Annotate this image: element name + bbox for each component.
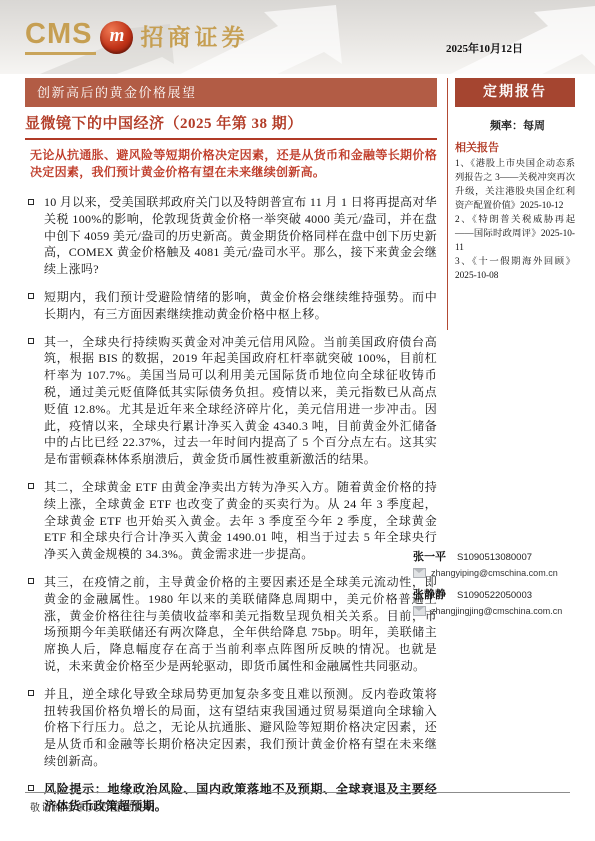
title-divider	[25, 138, 437, 140]
series-title-banner: 创新高后的黄金价格展望	[25, 78, 437, 107]
bullet-paragraph: 并且，逆全球化导致全球局势更加复杂多变且难以预测。反内卷政策将扭转我国价格负增长…	[25, 686, 437, 770]
footer-divider	[25, 792, 570, 793]
brand-name: 招商证券	[140, 26, 248, 49]
bullet-text: 其三，在疫情之前，主导黄金价格的主要因素还是全球美元流动性，即黄金的金融属性。1…	[44, 575, 437, 673]
square-bullet-icon	[28, 578, 34, 584]
report-date: 2025年10月12日	[446, 40, 523, 56]
bullet-paragraph: 10 月以来，受美国联邦政府关门以及特朗普宣布 11 月 1 日将再提高对华关税…	[25, 194, 437, 278]
bullet-paragraph: 其二，全球黄金 ETF 由黄金净卖出方转为净买入方。随着黄金价格的持续上涨，全球…	[25, 479, 437, 563]
envelope-icon	[413, 568, 426, 578]
bullet-paragraph: 其一，全球央行持续购买黄金对冲美元信用风险。当前美国政府债台高筑，根据 BIS …	[25, 334, 437, 468]
sidebar-divider	[447, 78, 448, 330]
envelope-icon	[413, 606, 426, 616]
footer-disclaimer: 敬请阅读末页的重要说明	[30, 799, 157, 814]
related-reports-list: 1、《港股上市央国企动态系列报告之 3——关税冲突再次升级，关注港股央国企红利资…	[455, 157, 575, 283]
cms-logo: CMS m 招商证券	[25, 20, 248, 55]
square-bullet-icon	[28, 785, 34, 791]
square-bullet-icon	[28, 293, 34, 299]
analyst-name: 张一平	[413, 548, 446, 564]
summary-paragraph: 无论从抗通胀、避风险等短期价格决定因素，还是从货币和金融等长期价格决定因素，我们…	[25, 147, 437, 181]
cms-badge-letter: m	[110, 25, 125, 47]
cms-badge-icon: m	[100, 21, 133, 54]
analyst-name: 张静静	[413, 586, 446, 602]
square-bullet-icon	[28, 338, 34, 344]
report-title: 显微镜下的中国经济（2025 年第 38 期）	[25, 112, 437, 133]
analyst-row: 张静静 S1090522050003	[413, 586, 578, 602]
related-report-item[interactable]: 1、《港股上市央国企动态系列报告之 3——关税冲突再次升级，关注港股央国企红利资…	[455, 157, 575, 213]
bullet-text: 并且，逆全球化导致全球局势更加复杂多变且难以预测。反内卷政策将扭转我国价格负增长…	[44, 687, 437, 768]
square-bullet-icon	[28, 690, 34, 696]
analyst-license-id: S1090513080007	[457, 552, 532, 563]
report-body: 无论从抗通胀、避风险等短期价格决定因素，还是从货币和金融等长期价格决定因素，我们…	[25, 147, 437, 825]
report-page: CMS m 招商证券 2025年10月12日 创新高后的黄金价格展望 定期报告 …	[0, 0, 595, 841]
related-report-item[interactable]: 3、《十一假期海外回顾》2025-10-08	[455, 255, 575, 283]
related-report-item[interactable]: 2、《特朗普关税威胁再起——国际时政周评》2025-10-11	[455, 213, 575, 255]
report-type-badge: 定期报告	[455, 78, 575, 107]
analyst-email[interactable]: zhangjingjing@cmschina.com.cn	[431, 606, 562, 616]
analyst-license-id: S1090522050003	[457, 590, 532, 601]
bullet-text: 其二，全球黄金 ETF 由黄金净卖出方转为净买入方。随着黄金价格的持续上涨，全球…	[44, 480, 437, 561]
related-reports-heading: 相关报告	[455, 139, 499, 155]
frequency-label: 频率：每周	[490, 117, 545, 133]
square-bullet-icon	[28, 483, 34, 489]
bullet-text: 其一，全球央行持续购买黄金对冲美元信用风险。当前美国政府债台高筑，根据 BIS …	[44, 335, 437, 467]
analyst-block: 张一平 S1090513080007 zhangyiping@cmschina.…	[413, 548, 578, 624]
analyst-email-row: zhangyiping@cmschina.com.cn	[413, 568, 578, 578]
analyst-email[interactable]: zhangyiping@cmschina.com.cn	[431, 568, 558, 578]
square-bullet-icon	[28, 199, 34, 205]
analyst-row: 张一平 S1090513080007	[413, 548, 578, 564]
bullet-paragraph: 短期内，我们预计受避险情绪的影响，黄金价格会继续维持强势。而中长期内，有三方面因…	[25, 289, 437, 323]
bullet-text: 10 月以来，受美国联邦政府关门以及特朗普宣布 11 月 1 日将再提高对华关税…	[44, 195, 437, 276]
cms-logo-text: CMS	[25, 20, 96, 55]
bullet-paragraph: 其三，在疫情之前，主导黄金价格的主要因素还是全球美元流动性，即黄金的金融属性。1…	[25, 574, 437, 675]
bullet-text: 短期内，我们预计受避险情绪的影响，黄金价格会继续维持强势。而中长期内，有三方面因…	[44, 290, 437, 321]
analyst-email-row: zhangjingjing@cmschina.com.cn	[413, 606, 578, 616]
